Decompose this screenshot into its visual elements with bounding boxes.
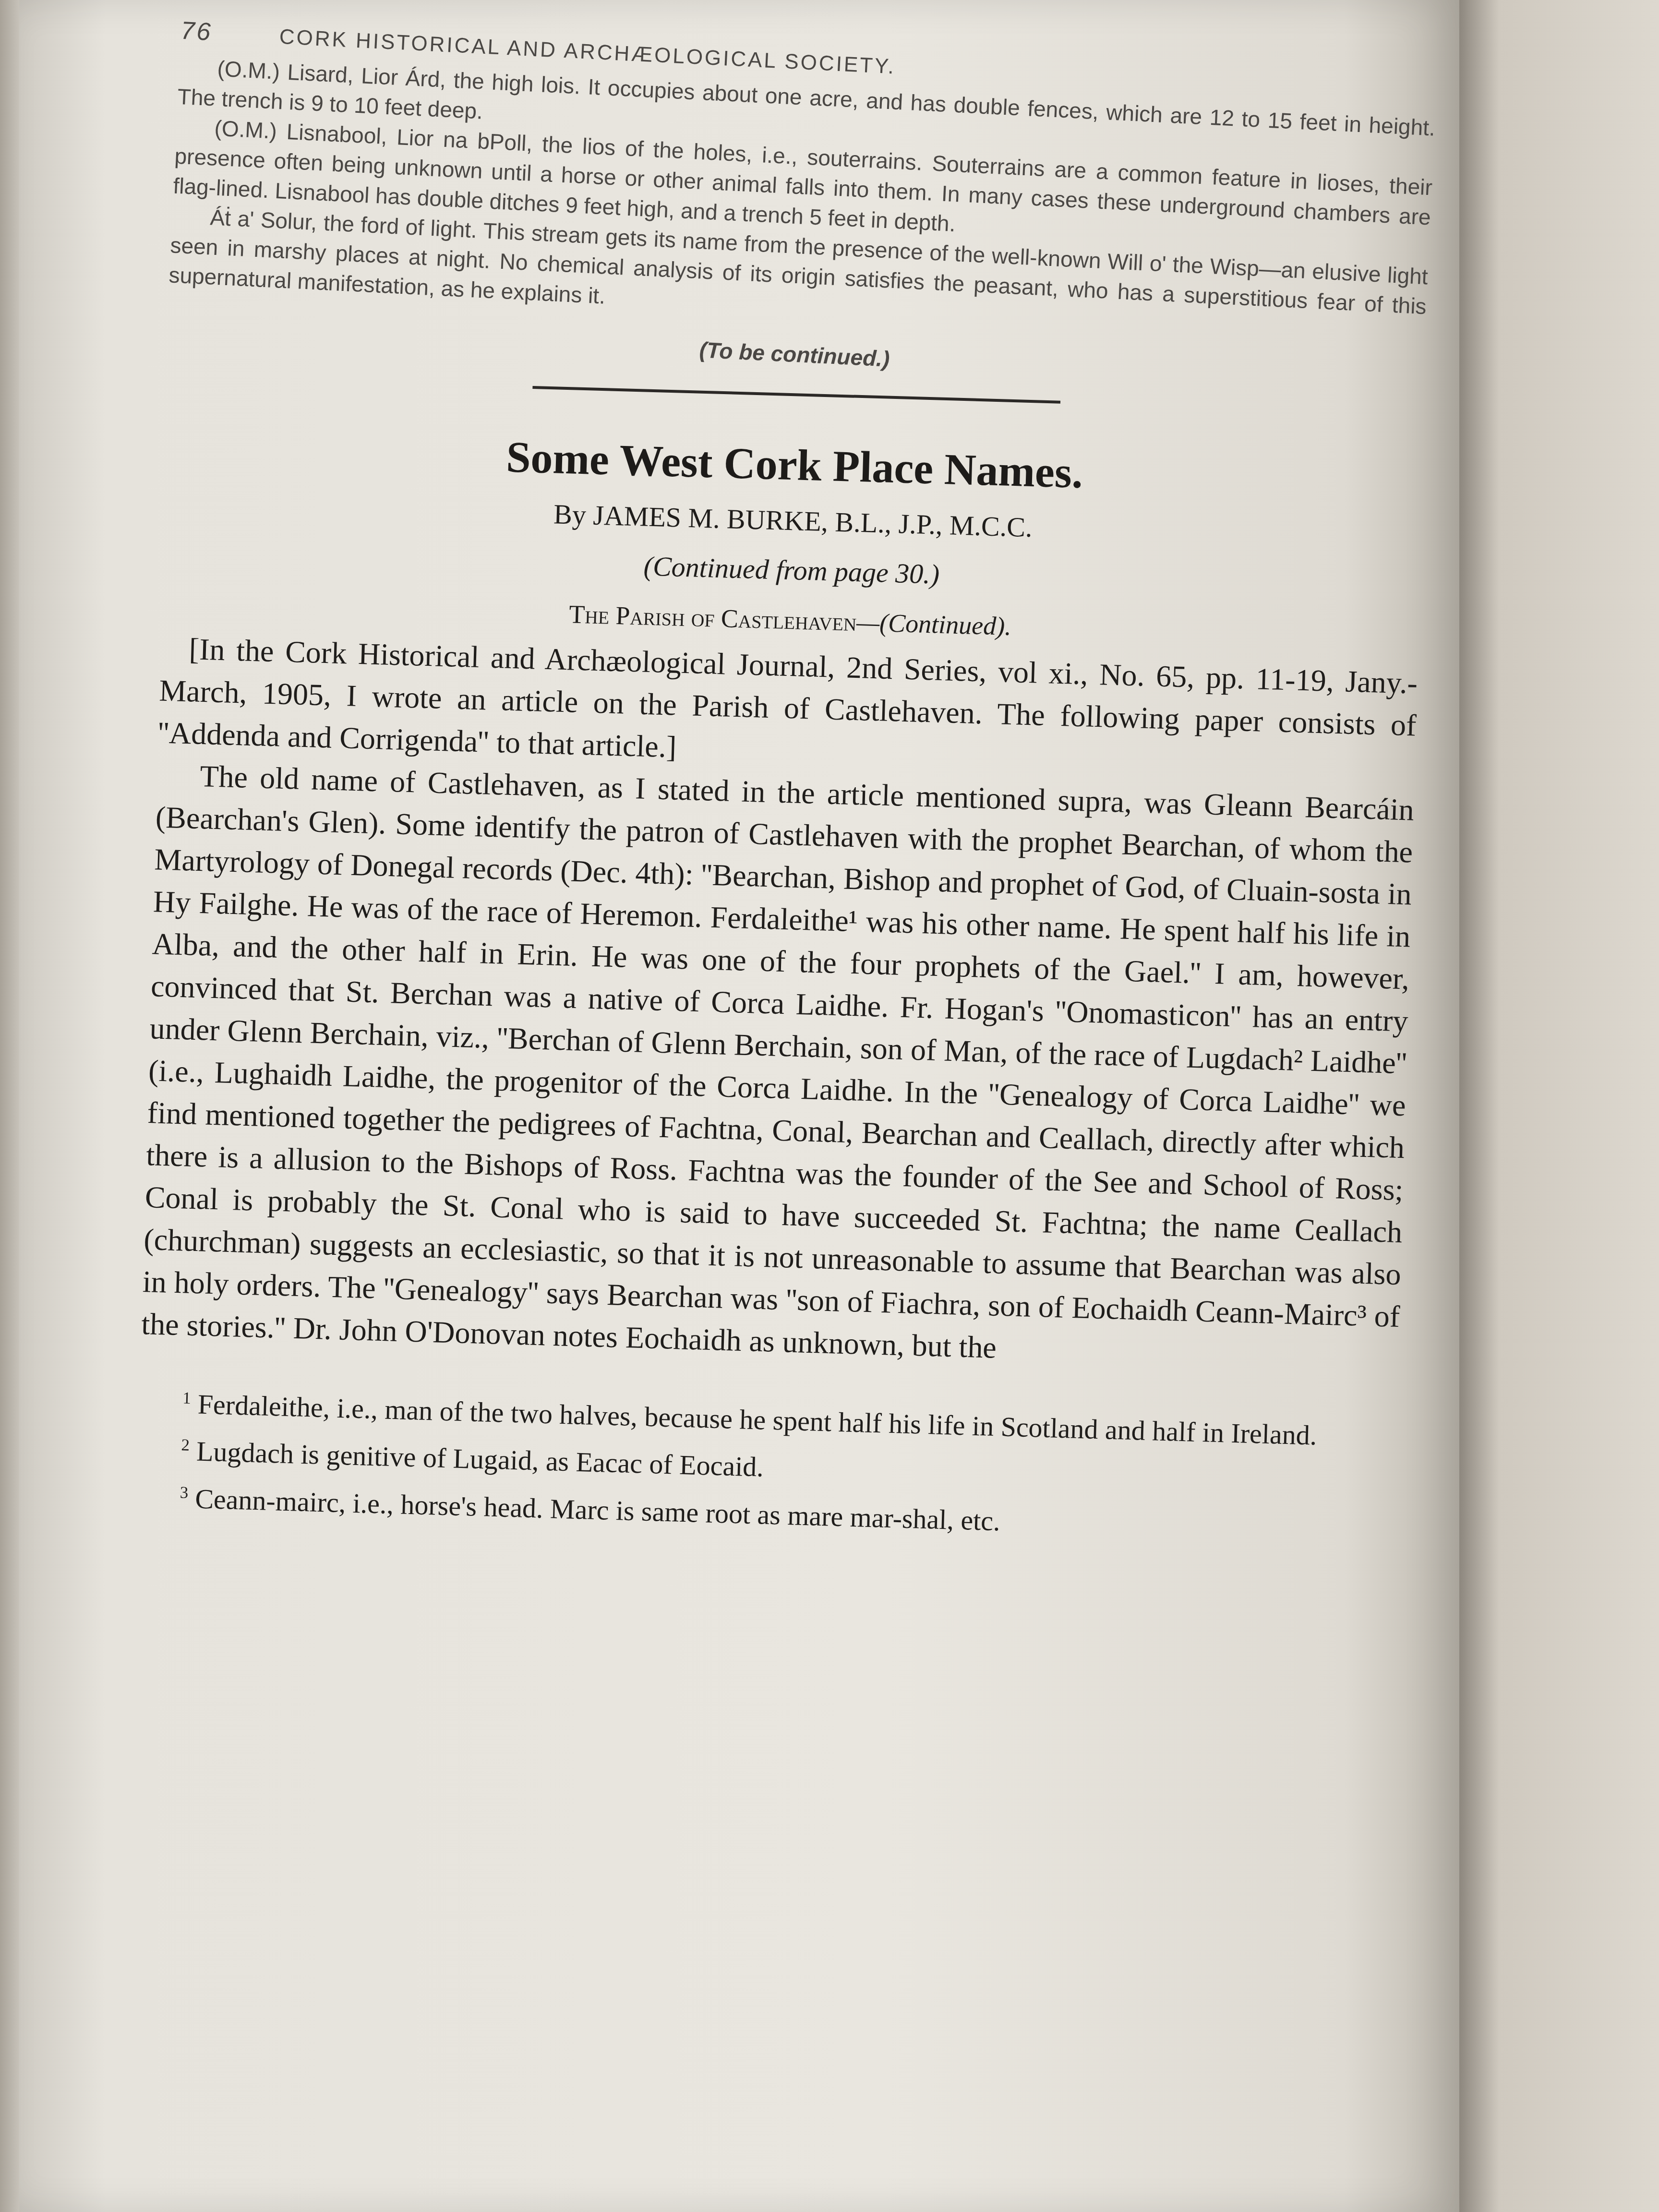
right-page-edge bbox=[1459, 0, 1659, 2212]
article-body: [In the Cork Historical and Archæologica… bbox=[141, 627, 1418, 1381]
footnote-text: Ceann-mairc, i.e., horse's head. Marc is… bbox=[195, 1483, 1001, 1537]
page-number: 76 bbox=[180, 16, 213, 47]
page-content: 76 CORK HISTORICAL AND ARCHÆOLOGICAL SOC… bbox=[136, 29, 1435, 1555]
book-page: 76 CORK HISTORICAL AND ARCHÆOLOGICAL SOC… bbox=[19, 0, 1459, 2212]
footnotes: 1 Ferdaleithe, i.e., man of the two halv… bbox=[136, 1379, 1397, 1551]
body-paragraph: The old name of Castlehaven, as I stated… bbox=[141, 754, 1414, 1380]
section-heading-suffix: —(Continued). bbox=[856, 608, 1012, 641]
footnote-mark: 1 bbox=[182, 1388, 191, 1407]
footnote-mark: 3 bbox=[180, 1483, 188, 1502]
section-heading-text: The Parish of Castlehaven bbox=[569, 600, 857, 637]
footnote-text: Lugdach is genitive of Lugaid, as Eacac … bbox=[196, 1436, 764, 1483]
footnote-mark: 2 bbox=[181, 1436, 190, 1455]
section-divider bbox=[532, 386, 1060, 404]
previous-article-ending: 76 CORK HISTORICAL AND ARCHÆOLOGICAL SOC… bbox=[166, 16, 1438, 400]
